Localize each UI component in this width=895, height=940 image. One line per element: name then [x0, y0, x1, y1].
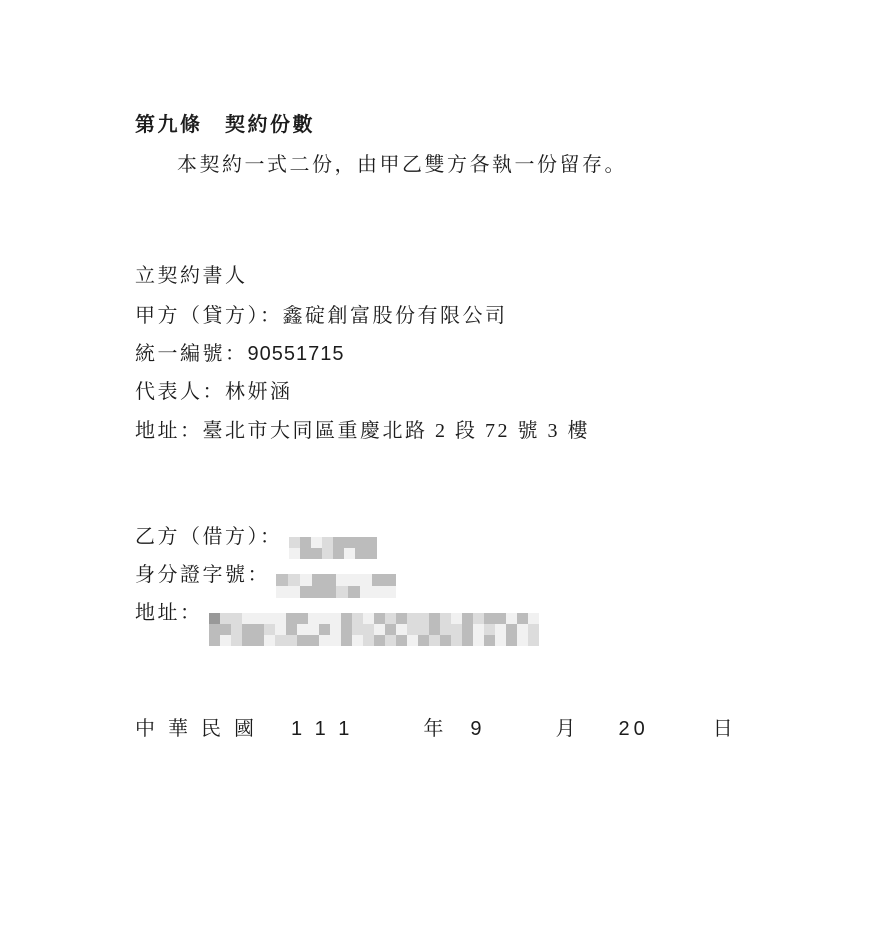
tax-id-label: 統一編號： — [135, 343, 248, 365]
date-line: 中華民國 111 年 9 月 20 日 — [135, 716, 733, 743]
redacted-address-mosaic — [209, 613, 539, 646]
representative-name: 林妍涵 — [225, 381, 293, 403]
date-day-unit: 日 — [713, 716, 733, 743]
signatories-title: 立契約書人 — [135, 263, 248, 290]
party-b-address-label: 地址： — [135, 602, 203, 624]
party-b-id-label: 身分證字號： — [135, 564, 270, 586]
party-b-address-line: 地址： — [135, 600, 539, 627]
date-year-unit: 年 — [423, 716, 443, 743]
party-a-line: 甲方（貸方）：鑫碇創富股份有限公司 — [135, 303, 508, 330]
party-b-label: 乙方（借方）： — [135, 526, 283, 548]
party-a-address-value: 臺北市大同區重慶北路 2 段 72 號 3 樓 — [203, 420, 591, 442]
party-a-tax-id-line: 統一編號：90551715 — [135, 341, 344, 368]
representative-label: 代表人： — [135, 381, 225, 403]
party-b-line: 乙方（借方）： — [135, 524, 377, 551]
date-day: 20 — [619, 716, 649, 743]
article-body: 本契約一式二份，由甲乙雙方各執一份留存。 — [177, 152, 627, 179]
party-a-company: 鑫碇創富股份有限公司 — [283, 305, 508, 327]
date-year: 111 — [291, 716, 363, 743]
redacted-id-mosaic — [276, 574, 396, 598]
date-month-unit: 月 — [556, 716, 576, 743]
party-b-id-line: 身分證字號： — [135, 562, 396, 589]
contract-page: { "page": { "background": "#ffffff", "te… — [0, 0, 895, 940]
redacted-name-mosaic — [289, 537, 377, 559]
date-era: 中華民國 — [135, 716, 267, 743]
tax-id-value: 90551715 — [248, 343, 345, 365]
party-a-representative-line: 代表人：林妍涵 — [135, 379, 293, 406]
article-heading: 第九條 契約份數 — [135, 112, 315, 139]
date-month: 9 — [470, 716, 483, 743]
party-a-address-line: 地址：臺北市大同區重慶北路 2 段 72 號 3 樓 — [135, 418, 590, 445]
party-a-label: 甲方（貸方）： — [135, 305, 283, 327]
party-a-address-label: 地址： — [135, 420, 203, 442]
